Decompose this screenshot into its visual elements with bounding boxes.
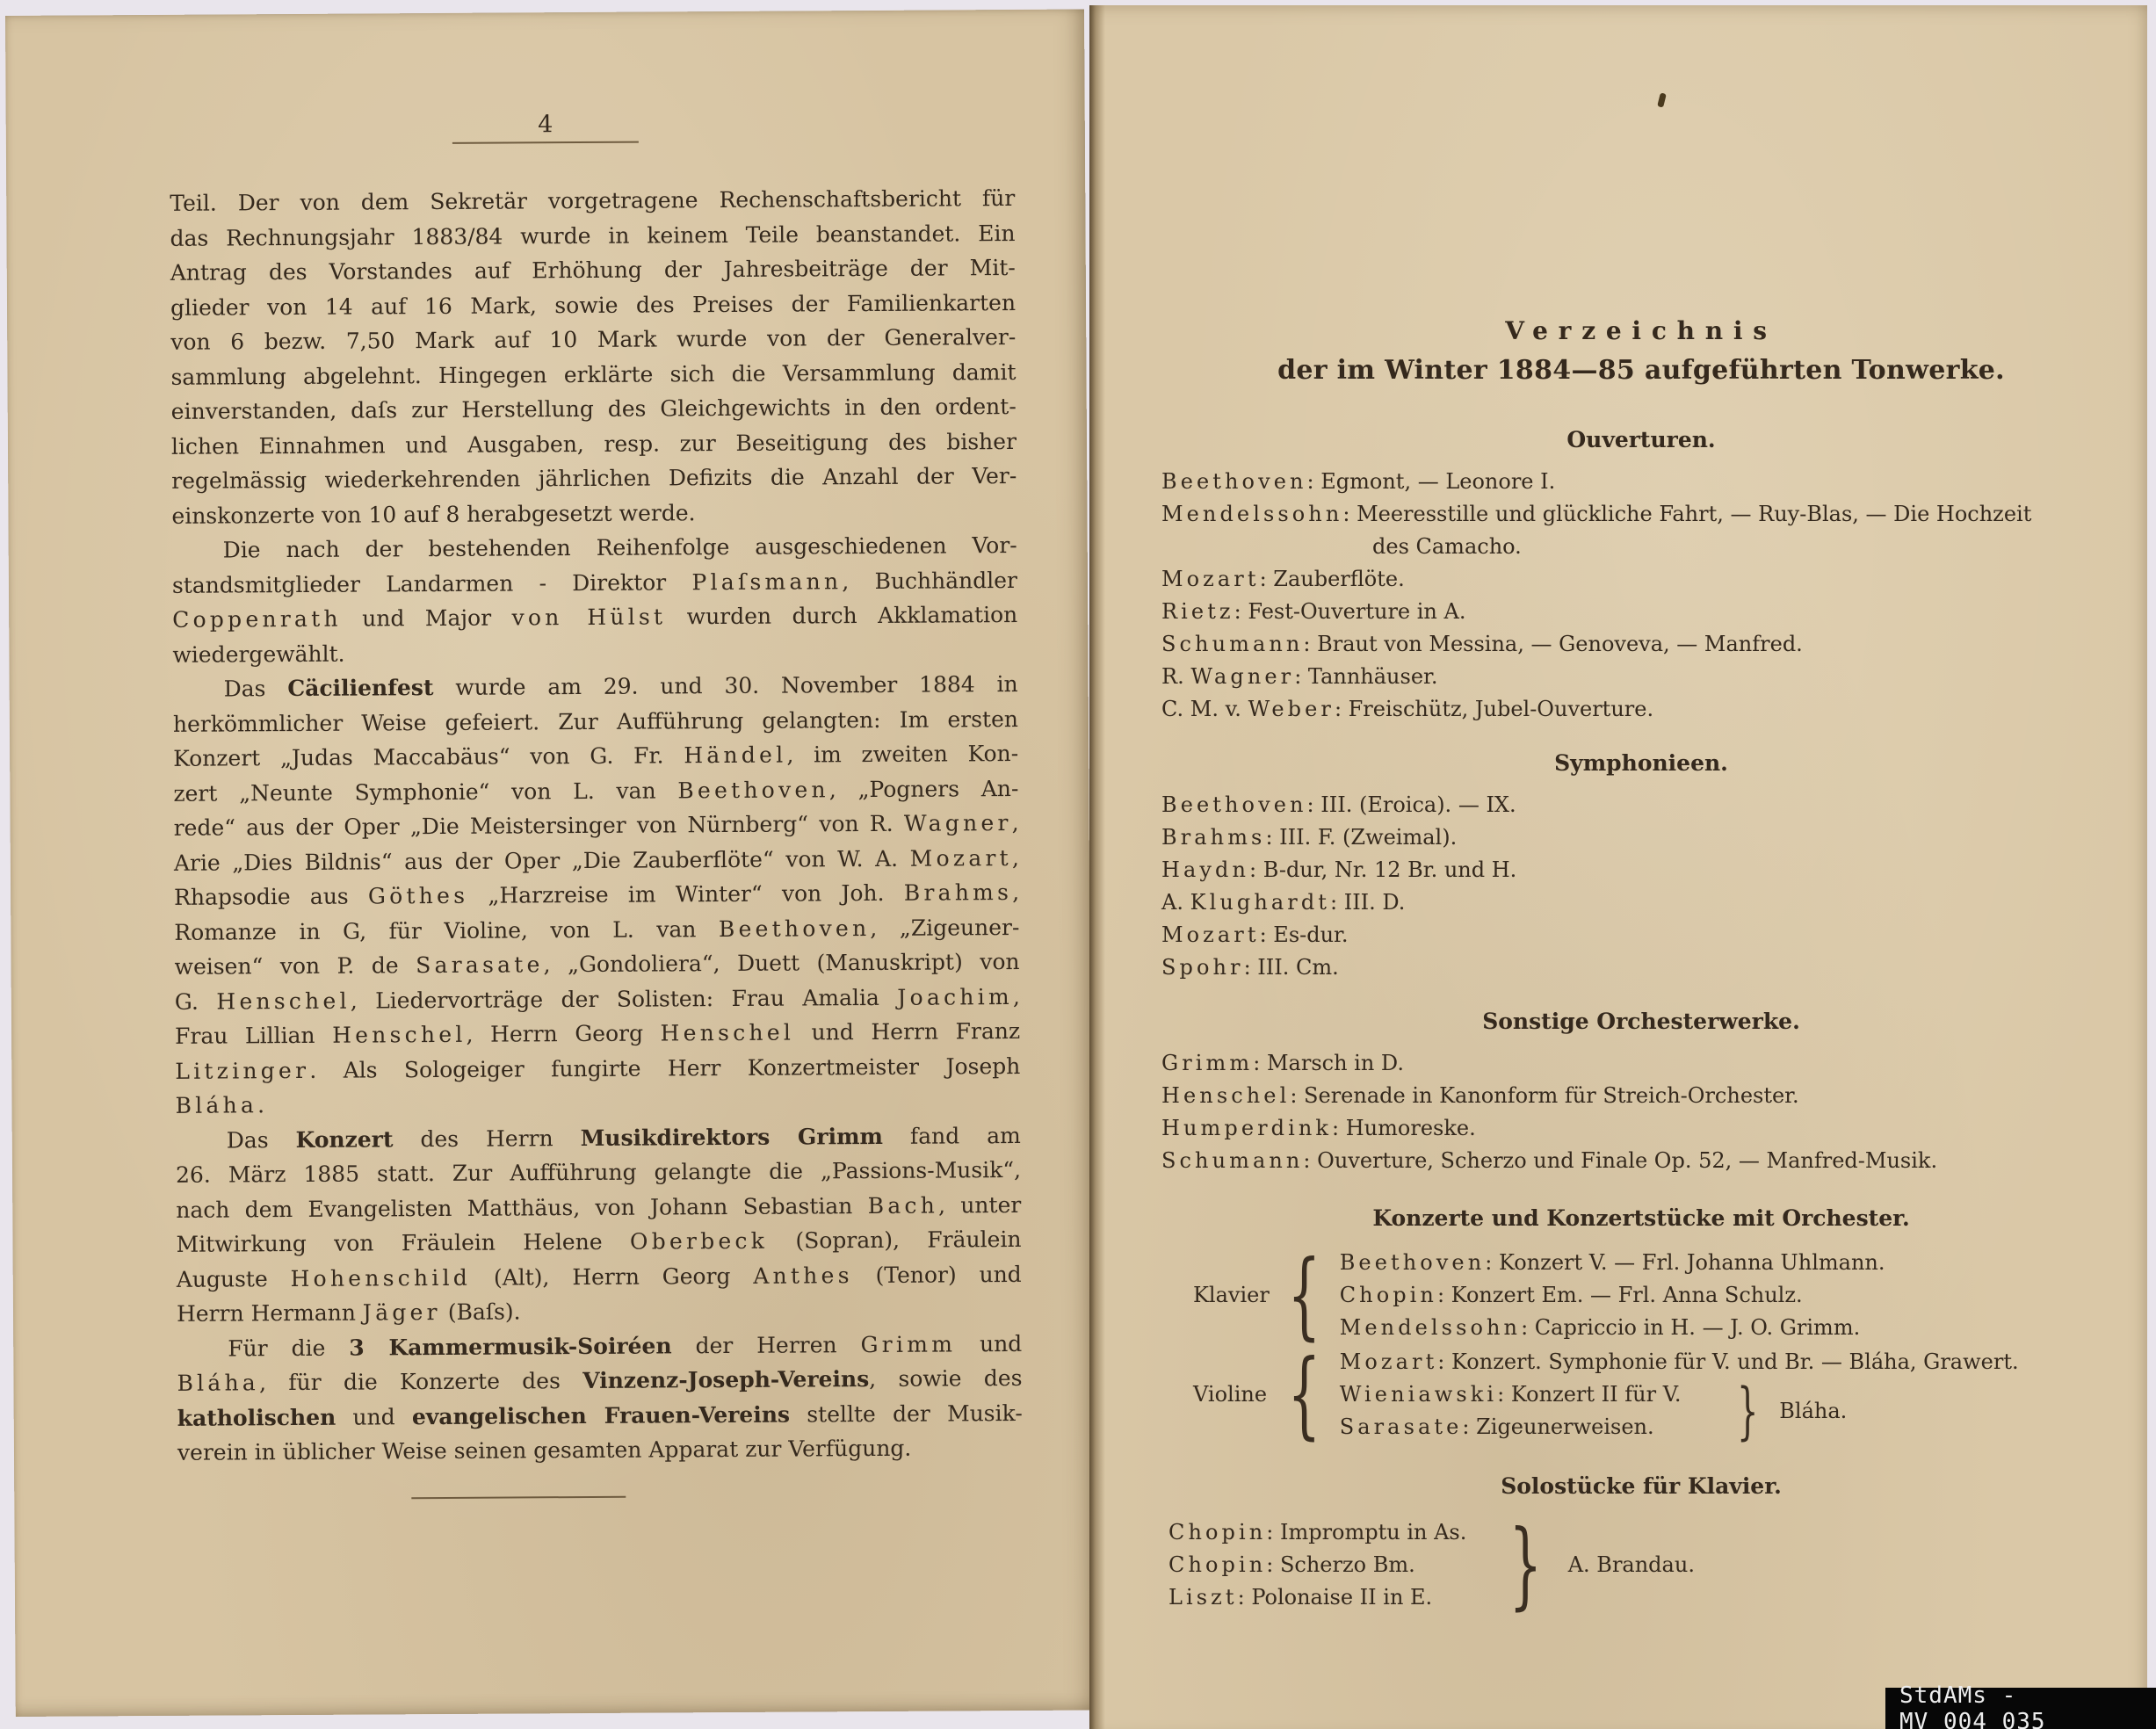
text-line: weisen“ von P. de Sarasate, „Gondoliera“…	[174, 944, 1019, 984]
text-line: verein in üblicher Weise seinen gesamten…	[177, 1430, 1023, 1470]
paragraph: Für die 3 Kammermusik-Soiréen der Herren…	[177, 1326, 1023, 1470]
text-segment: Das	[224, 676, 288, 701]
text-segment: : Es-dur.	[1260, 922, 1349, 947]
entry-list: Beethoven: III. (Eroica). — IX.Brahms: I…	[1161, 789, 2121, 984]
text-segment: des Herrn	[393, 1125, 580, 1152]
text-segment: Chopin	[1168, 1520, 1266, 1545]
group-label: Klavier	[1193, 1279, 1274, 1312]
text-segment: Antrag des Vorstandes auf Erhöhung der J…	[170, 255, 1016, 286]
entry-line: Beethoven: Konzert V. — Frl. Johanna Uhl…	[1340, 1247, 1885, 1279]
text-segment: das Rechnungsjahr 1883/84 wurde in keine…	[170, 220, 1015, 250]
right-page: Verzeichnis der im Winter 1884—85 aufgef…	[1089, 5, 2147, 1729]
text-segment: : Konzert V. — Frl. Johanna Uhlmann.	[1485, 1250, 1885, 1275]
right-page-content: Verzeichnis der im Winter 1884—85 aufgef…	[1161, 315, 2121, 1614]
text-segment: Beethoven	[719, 915, 871, 942]
text-segment: einverstanden, daſs zur Herstellung des …	[171, 394, 1017, 424]
entry-line: Grimm: Marsch in D.	[1161, 1047, 2121, 1080]
entry-line: Mozart: Zauberflöte.	[1161, 563, 2121, 596]
text-line: Die nach der bestehenden Reihenfolge aus…	[172, 528, 1017, 568]
text-segment: glieder von 14 auf 16 Mark, sowie des Pr…	[170, 289, 1016, 320]
text-segment: Haydn	[1161, 857, 1249, 882]
text-segment: Mendelssohn	[1161, 502, 1342, 526]
text-segment: wiedergewählt.	[172, 640, 344, 667]
section-heading: Sonstige Orchesterwerke.	[1161, 1005, 2121, 1038]
text-segment: (Baſs).	[441, 1299, 521, 1325]
section-heading: Solostücke für Klavier.	[1161, 1470, 2121, 1502]
text-line: regelmässig wiederkehrenden jährlichen D…	[171, 459, 1017, 498]
opening-brace-icon: {	[1287, 1248, 1320, 1343]
text-segment: Coppenrath	[172, 606, 342, 633]
text-segment: : Meeresstille und glückliche Fahrt, — R…	[1342, 502, 2031, 526]
braced-subgroup: Wieniawski: Konzert II für V.Sarasate: Z…	[1340, 1378, 2019, 1443]
verzeichnis-subtitle: der im Winter 1884—85 aufgeführten Tonwe…	[1161, 354, 2121, 387]
entry-line: Rietz: Fest-Ouverture in A.	[1161, 596, 2121, 628]
text-segment: : Freischütz, Jubel-Ouverture.	[1335, 697, 1653, 721]
text-segment: . Als Sologeiger fungirte Herr Konzertme…	[309, 1053, 1020, 1082]
text-segment: Mozart	[910, 845, 1012, 872]
section-heading: Ouverturen.	[1161, 423, 2121, 456]
text-segment: herkömmlicher Weise gefeiert. Zur Auffüh…	[173, 705, 1018, 736]
text-segment: , sowie des	[869, 1365, 1022, 1392]
text-segment: und	[336, 1404, 412, 1430]
entry-list: Beethoven: Konzert V. — Frl. Johanna Uhl…	[1340, 1247, 1885, 1344]
text-line: Romanze in G, für Violine, von L. van Be…	[174, 909, 1019, 949]
text-segment: weisen“ von P. de	[175, 952, 416, 980]
text-segment: einskonzerte von 10 auf 8 herabgesetzt w…	[171, 500, 695, 529]
text-segment: A.	[1161, 890, 1190, 915]
text-segment: Mozart	[1161, 922, 1260, 947]
text-segment: Brahms	[1161, 825, 1265, 850]
text-segment: Mendelssohn	[1340, 1315, 1521, 1340]
text-segment: Konzert	[296, 1126, 394, 1153]
text-segment: katholischen	[177, 1404, 336, 1430]
text-line: Antrag des Vorstandes auf Erhöhung der J…	[170, 250, 1016, 290]
text-segment: Beethoven	[1340, 1250, 1486, 1275]
entry-line: Liszt: Polonaise II in E.	[1168, 1581, 1495, 1614]
text-segment: (Tenor) und	[853, 1261, 1022, 1287]
paragraph: Teil. Der von dem Sekretär vorgetragene …	[170, 181, 1017, 533]
section-konzerte: Konzerte und Konzertstücke mit Orchester…	[1161, 1202, 2121, 1443]
text-line: Teil. Der von dem Sekretär vorgetragene …	[170, 181, 1015, 221]
text-segment: Rietz	[1161, 599, 1234, 624]
konzerte-group-violine: Violine { Mozart: Konzert. Symphonie für…	[1161, 1346, 2121, 1443]
entry-line: Schumann: Ouverture, Scherzo und Finale …	[1161, 1145, 2121, 1177]
text-line: Litzinger. Als Sologeiger fungirte Herr …	[175, 1048, 1020, 1088]
text-segment: Wagner	[1190, 664, 1294, 689]
text-line: herkömmlicher Weise gefeiert. Zur Auffüh…	[173, 701, 1018, 741]
text-segment: , Buchhändler	[842, 567, 1017, 593]
text-segment: (Sopran), Fräulein	[768, 1226, 1022, 1254]
text-segment: Henschel	[216, 987, 351, 1014]
page-number-rule	[452, 141, 639, 144]
text-segment: Beethoven	[1161, 469, 1307, 494]
text-segment: Humperdink	[1161, 1116, 1332, 1140]
ink-speck	[1657, 92, 1667, 107]
text-segment: Das	[227, 1127, 296, 1153]
text-segment: : Polonaise II in E.	[1238, 1585, 1433, 1610]
text-segment: Henschel	[332, 1022, 467, 1048]
text-line: Auguste Hohenschild (Alt), Herrn Georg A…	[177, 1256, 1022, 1296]
section-end-rule	[411, 1495, 626, 1498]
konzerte-group-klavier: Klavier { Beethoven: Konzert V. — Frl. J…	[1161, 1247, 2121, 1344]
text-segment: fand am	[883, 1122, 1021, 1148]
text-segment: Klughardt	[1190, 890, 1330, 915]
text-segment: wurden durch Akklamation	[666, 602, 1017, 629]
text-segment: Hohenschild	[290, 1264, 471, 1291]
text-segment: Litzinger	[175, 1057, 309, 1083]
text-segment: zert „Neunte Symphonie“ von L. van	[173, 778, 677, 807]
text-segment: ,	[1012, 879, 1019, 905]
text-segment: Frau Lillian	[175, 1023, 332, 1049]
performer-label: Bláha.	[1779, 1395, 1847, 1428]
text-segment: und Major	[342, 604, 512, 631]
text-segment: Mitwirkung von Fräulein Helene	[176, 1229, 630, 1257]
entry-line: Spohr: III. Cm.	[1161, 951, 2121, 984]
text-segment: Schumann	[1161, 1148, 1303, 1173]
section-heading: Symphonieen.	[1161, 747, 2121, 779]
text-segment: und Herrn Franz	[794, 1018, 1020, 1045]
text-segment: Wagner	[904, 810, 1012, 836]
text-line: Bláha.	[175, 1083, 1020, 1123]
text-line: einskonzerte von 10 auf 8 herabgesetzt w…	[171, 493, 1017, 532]
text-segment: Henschel	[1161, 1083, 1290, 1108]
text-segment: Sarasate	[1340, 1414, 1463, 1439]
text-segment: stellte der Musik-	[790, 1400, 1023, 1427]
text-segment: Konzert „Judas Maccabäus“ von G. Fr.	[173, 742, 684, 771]
text-segment: ,	[1012, 810, 1019, 836]
text-segment: standsmitglieder Landarmen - Direktor	[172, 569, 692, 598]
entry-line: R. Wagner: Tannhäuser.	[1161, 661, 2121, 693]
text-segment: G.	[175, 988, 217, 1014]
text-line: rede“ aus der Oper „Die Meistersinger vo…	[174, 806, 1019, 845]
text-segment: ,	[1013, 983, 1020, 1009]
paragraph: Das Konzert des Herrn Musikdirektors Gri…	[176, 1118, 1022, 1331]
text-segment: Grimm	[1161, 1051, 1253, 1075]
text-segment: : III. (Eroica). — IX.	[1307, 792, 1516, 817]
text-segment: des Camacho.	[1372, 534, 1522, 559]
text-line: Herrn Hermann Jäger (Baſs).	[177, 1291, 1022, 1331]
page-number: 4	[6, 107, 1085, 141]
entry-line: C. M. v. Weber: Freischütz, Jubel-Ouvert…	[1161, 693, 2121, 726]
paragraph: Das Cäcilienfest wurde am 29. und 30. No…	[173, 667, 1021, 1123]
text-line: G. Henschel, Liedervorträge der Solisten…	[175, 979, 1020, 1018]
text-line: zert „Neunte Symphonie“ von L. van Beeth…	[173, 770, 1018, 810]
text-segment: Cäcilienfest	[287, 675, 433, 701]
text-line: Mitwirkung von Fräulein Helene Oberbeck …	[176, 1222, 1021, 1262]
text-segment: Göthes	[368, 883, 468, 909]
text-line: einverstanden, daſs zur Herstellung des …	[171, 389, 1017, 429]
text-line: katholischen und evangelischen Frauen-Ve…	[177, 1395, 1023, 1435]
text-line: sammlung abgelehnt. Hingegen erklärte si…	[170, 354, 1016, 394]
text-segment: : Capriccio in H. — J. O. Grimm.	[1521, 1315, 1860, 1340]
text-segment: Brahms	[904, 879, 1013, 906]
entry-line: Humperdink: Humoreske.	[1161, 1112, 2121, 1145]
text-segment: der Herren	[671, 1332, 860, 1358]
text-segment: : Ouverture, Scherzo und Finale Op. 52, …	[1303, 1148, 1937, 1173]
text-line: lichen Einnahmen und Ausgaben, resp. zur…	[171, 423, 1017, 463]
text-segment: Beethoven	[677, 777, 829, 803]
archive-reference-label: StdAMs - MV_004_035	[1885, 1688, 2156, 1729]
text-segment: Liszt	[1168, 1585, 1238, 1610]
book-spine-fold	[1089, 5, 1105, 1729]
text-segment: von 6 bezw. 7,50 Mark auf 10 Mark wurde …	[170, 324, 1016, 355]
text-segment: Händel	[684, 742, 786, 769]
text-line: 26. März 1885 statt. Zur Aufführung gela…	[176, 1153, 1021, 1192]
text-line: Arie „Dies Bildnis“ aus der Oper „Die Za…	[174, 840, 1019, 879]
entry-line: Chopin: Scherzo Bm.	[1168, 1549, 1495, 1581]
section-heading: Konzerte und Konzertstücke mit Orchester…	[1161, 1202, 2121, 1234]
text-segment: , „Pogners An-	[829, 775, 1019, 801]
section-ouverturen: Ouverturen. Beethoven: Egmont, — Leonore…	[1161, 423, 2121, 726]
text-segment: : B-dur, Nr. 12 Br. und H.	[1249, 857, 1516, 882]
verzeichnis-title: Verzeichnis	[1161, 315, 2121, 347]
text-segment: Mozart	[1161, 567, 1260, 591]
section-sonstige-orchesterwerke: Sonstige Orchesterwerke. Grimm: Marsch i…	[1161, 1005, 2121, 1177]
group-label: Violine	[1193, 1378, 1274, 1411]
text-segment: , Liedervorträge der Solisten: Frau Amal…	[351, 984, 898, 1013]
entry-line: Mozart: Konzert. Symphonie für V. und Br…	[1340, 1346, 2019, 1378]
text-segment: Bach	[868, 1192, 939, 1218]
entry-line: Beethoven: III. (Eroica). — IX.	[1161, 789, 2121, 821]
left-page-body: Teil. Der von dem Sekretär vorgetragene …	[170, 181, 1023, 1470]
text-segment: : Braut von Messina, — Genoveva, — Manfr…	[1303, 632, 1802, 656]
text-segment: , „Gondoliera“, Duett (Manuskript) von	[544, 949, 1020, 977]
text-line: wiedergewählt.	[172, 632, 1017, 671]
text-line: Konzert „Judas Maccabäus“ von G. Fr. Hän…	[173, 736, 1018, 776]
text-segment: : Scherzo Bm.	[1266, 1552, 1414, 1577]
text-segment: 3 Kammermusik-Soiréen	[349, 1333, 671, 1360]
text-segment: Teil. Der von dem Sekretär vorgetragene …	[170, 185, 1015, 216]
closing-brace-icon: }	[1737, 1380, 1759, 1442]
text-segment: : Serenade in Kanonform für Streich-Orch…	[1290, 1083, 1798, 1108]
text-segment: Herrn Hermann	[177, 1300, 363, 1327]
text-segment: „Harzreise im Winter“ von Joh.	[468, 880, 904, 908]
text-segment: : Fest-Ouverture in A.	[1234, 599, 1466, 624]
opening-brace-icon: {	[1287, 1348, 1320, 1443]
text-segment: Jäger	[363, 1299, 441, 1326]
entry-line: Chopin: Impromptu in As.	[1168, 1516, 1495, 1549]
text-segment: : III. F. (Zweimal).	[1265, 825, 1457, 850]
text-segment: : Marsch in D.	[1253, 1051, 1404, 1075]
text-segment: : Impromptu in As.	[1266, 1520, 1466, 1545]
text-segment: Chopin	[1168, 1552, 1266, 1577]
text-segment: regelmässig wiederkehrenden jährlichen D…	[171, 463, 1017, 494]
text-segment: : III. D.	[1330, 890, 1405, 915]
text-segment: Rhapsodie aus	[174, 883, 368, 909]
text-segment: : Humoreske.	[1332, 1116, 1476, 1140]
text-segment: Joachim	[897, 984, 1013, 1010]
text-segment: , für die Konzerte des	[259, 1368, 582, 1395]
text-segment: , Herrn Georg	[466, 1020, 660, 1046]
entry-line: Sarasate: Zigeunerweisen.	[1340, 1411, 1728, 1443]
text-segment: , unter	[938, 1191, 1021, 1218]
text-segment: Weber	[1248, 697, 1335, 721]
entry-list: Grimm: Marsch in D.Henschel: Serenade in…	[1161, 1047, 2121, 1177]
text-segment: Bláha	[175, 1092, 257, 1118]
text-segment: : Egmont, — Leonore I.	[1307, 469, 1556, 494]
text-segment: wurde am 29. und 30. November 1884 in	[433, 671, 1017, 700]
text-line: Bláha, für die Konzerte des Vinzenz-Jose…	[177, 1361, 1022, 1400]
text-segment: C. M. v.	[1161, 697, 1248, 721]
text-line: Das Cäcilienfest wurde am 29. und 30. No…	[173, 667, 1018, 706]
text-segment: Arie „Dies Bildnis“ aus der Oper „Die Za…	[174, 845, 910, 875]
closing-brace-icon: }	[1508, 1518, 1542, 1613]
text-segment: von Hülst	[511, 604, 666, 630]
entry-line: des Camacho.	[1161, 531, 2121, 563]
entry-list: Wieniawski: Konzert II für V.Sarasate: Z…	[1340, 1378, 1728, 1443]
entry-line: Henschel: Serenade in Kanonform für Stre…	[1161, 1080, 2121, 1112]
text-segment: Beethoven	[1161, 792, 1307, 817]
entry-line: Mozart: Es-dur.	[1161, 919, 2121, 951]
text-segment: Schumann	[1161, 632, 1303, 656]
text-segment: : Zauberflöte.	[1260, 567, 1405, 591]
text-segment: R.	[1161, 664, 1190, 689]
entry-line: Mendelssohn: Capriccio in H. — J. O. Gri…	[1340, 1312, 1885, 1344]
text-segment: Wieniawski	[1340, 1382, 1497, 1407]
paragraph: Die nach der bestehenden Reihenfolge aus…	[172, 528, 1018, 672]
entry-list: Mozart: Konzert. Symphonie für V. und Br…	[1340, 1346, 2019, 1443]
text-line: das Rechnungsjahr 1883/84 wurde in keine…	[170, 215, 1015, 255]
text-segment: Musikdirektors Grimm	[581, 1123, 883, 1150]
text-segment: , „Zigeuner-	[870, 914, 1019, 940]
text-line: glieder von 14 auf 16 Mark, sowie des Pr…	[170, 285, 1016, 324]
text-line: von 6 bezw. 7,50 Mark auf 10 Mark wurde …	[170, 320, 1016, 359]
text-segment: : Tannhäuser.	[1294, 664, 1437, 689]
text-segment: Henschel	[661, 1020, 795, 1046]
text-segment: Mozart	[1340, 1349, 1438, 1374]
performer-label: A. Brandau.	[1568, 1549, 1695, 1581]
text-line: nach dem Evangelisten Matthäus, von Joha…	[176, 1187, 1021, 1226]
scanned-document: { "colors":{"background":"#e9e5ec","pape…	[0, 0, 2156, 1729]
text-segment: Plaſsmann	[691, 568, 842, 595]
section-solostuecke: Solostücke für Klavier. Chopin: Imprompt…	[1161, 1470, 2121, 1614]
text-segment: : Zigeunerweisen.	[1462, 1414, 1653, 1439]
text-segment: Spohr	[1161, 955, 1244, 980]
text-line: Für die 3 Kammermusik-Soiréen der Herren…	[177, 1326, 1022, 1365]
text-segment: evangelischen Frauen-Vereins	[412, 1401, 790, 1429]
entry-line: Haydn: B-dur, Nr. 12 Br. und H.	[1161, 854, 2121, 886]
text-segment: , im zweiten Kon-	[786, 741, 1018, 768]
entry-list: Beethoven: Egmont, — Leonore I.Mendelsso…	[1161, 466, 2121, 726]
text-segment: Anthes	[753, 1262, 853, 1289]
text-line: standsmitglieder Landarmen - Direktor Pl…	[172, 562, 1017, 602]
text-segment: sammlung abgelehnt. Hingegen erklärte si…	[170, 358, 1016, 389]
solo-group: Chopin: Impromptu in As.Chopin: Scherzo …	[1161, 1516, 2121, 1614]
text-segment: Die nach der bestehenden Reihenfolge aus…	[223, 532, 1017, 563]
entry-line: Schumann: Braut von Messina, — Genoveva,…	[1161, 628, 2121, 661]
text-segment: Bláha	[177, 1370, 259, 1396]
text-segment: Vinzenz-Joseph-Vereins	[582, 1366, 869, 1393]
entry-line: Chopin: Konzert Em. — Frl. Anna Schulz.	[1340, 1279, 1885, 1312]
entry-line: Brahms: III. F. (Zweimal).	[1161, 821, 2121, 854]
left-page: 4 Teil. Der von dem Sekretär vorgetragen…	[5, 9, 1095, 1716]
text-line: Frau Lillian Henschel, Herrn Georg Hensc…	[175, 1014, 1020, 1053]
entry-line: Mendelssohn: Meeresstille und glückliche…	[1161, 498, 2121, 531]
entry-line: Beethoven: Egmont, — Leonore I.	[1161, 466, 2121, 498]
text-segment: nach dem Evangelisten Matthäus, von Joha…	[176, 1193, 868, 1223]
section-symphonieen: Symphonieen. Beethoven: III. (Eroica). —…	[1161, 747, 2121, 984]
text-line: Rhapsodie aus Göthes „Harzreise im Winte…	[174, 875, 1019, 915]
text-segment: : Konzert II für V.	[1497, 1382, 1681, 1407]
text-segment: Grimm	[860, 1331, 956, 1357]
text-line: Das Konzert des Herrn Musikdirektors Gri…	[176, 1118, 1021, 1157]
text-segment: .	[257, 1092, 264, 1118]
text-segment: : III. Cm.	[1244, 955, 1339, 980]
entry-line: A. Klughardt: III. D.	[1161, 886, 2121, 919]
entry-line: Wieniawski: Konzert II für V.	[1340, 1378, 1728, 1411]
entry-list: Chopin: Impromptu in As.Chopin: Scherzo …	[1168, 1516, 1495, 1614]
text-segment: rede“ aus der Oper „Die Meistersinger vo…	[174, 811, 904, 841]
text-segment: : Konzert Em. — Frl. Anna Schulz.	[1437, 1283, 1803, 1307]
text-segment: ,	[1012, 844, 1019, 870]
text-segment: Oberbeck	[630, 1228, 768, 1255]
text-line: Coppenrath und Major von Hülst wurden du…	[172, 597, 1017, 637]
text-segment: Romanze in G, für Violine, von L. van	[174, 916, 719, 945]
text-segment: Für die	[228, 1335, 349, 1361]
text-segment: Auguste	[177, 1266, 291, 1292]
text-segment: lichen Einnahmen und Ausgaben, resp. zur…	[171, 428, 1017, 459]
text-segment: verein in üblicher Weise seinen gesamten…	[177, 1436, 912, 1465]
text-segment: 26. März 1885 statt. Zur Aufführung gela…	[176, 1157, 1021, 1188]
text-segment: und	[956, 1330, 1022, 1356]
text-segment: Sarasate	[416, 951, 544, 978]
text-segment: Chopin	[1340, 1283, 1437, 1307]
text-segment: : Konzert. Symphonie für V. und Br. — Bl…	[1437, 1349, 2018, 1374]
text-segment: (Alt), Herrn Georg	[471, 1262, 753, 1290]
